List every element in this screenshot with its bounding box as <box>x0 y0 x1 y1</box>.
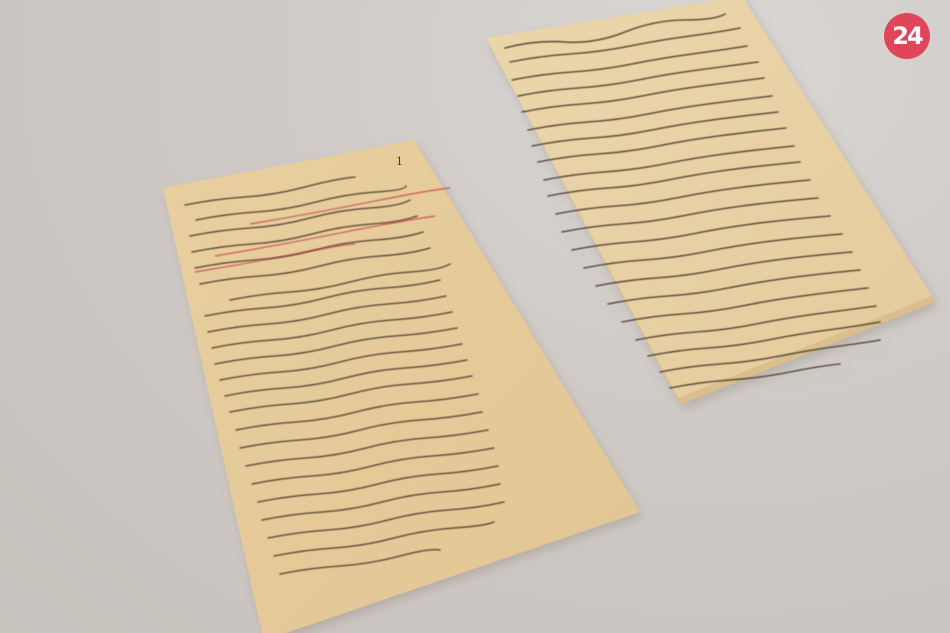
left-manuscript-page: 1 <box>163 140 640 633</box>
brand-logo-24: 24 <box>884 13 930 59</box>
logo-text: 24 <box>892 22 921 50</box>
photo-scene: 1 <box>0 0 950 633</box>
page-number: 1 <box>396 155 403 168</box>
right-manuscript-page <box>486 0 935 405</box>
